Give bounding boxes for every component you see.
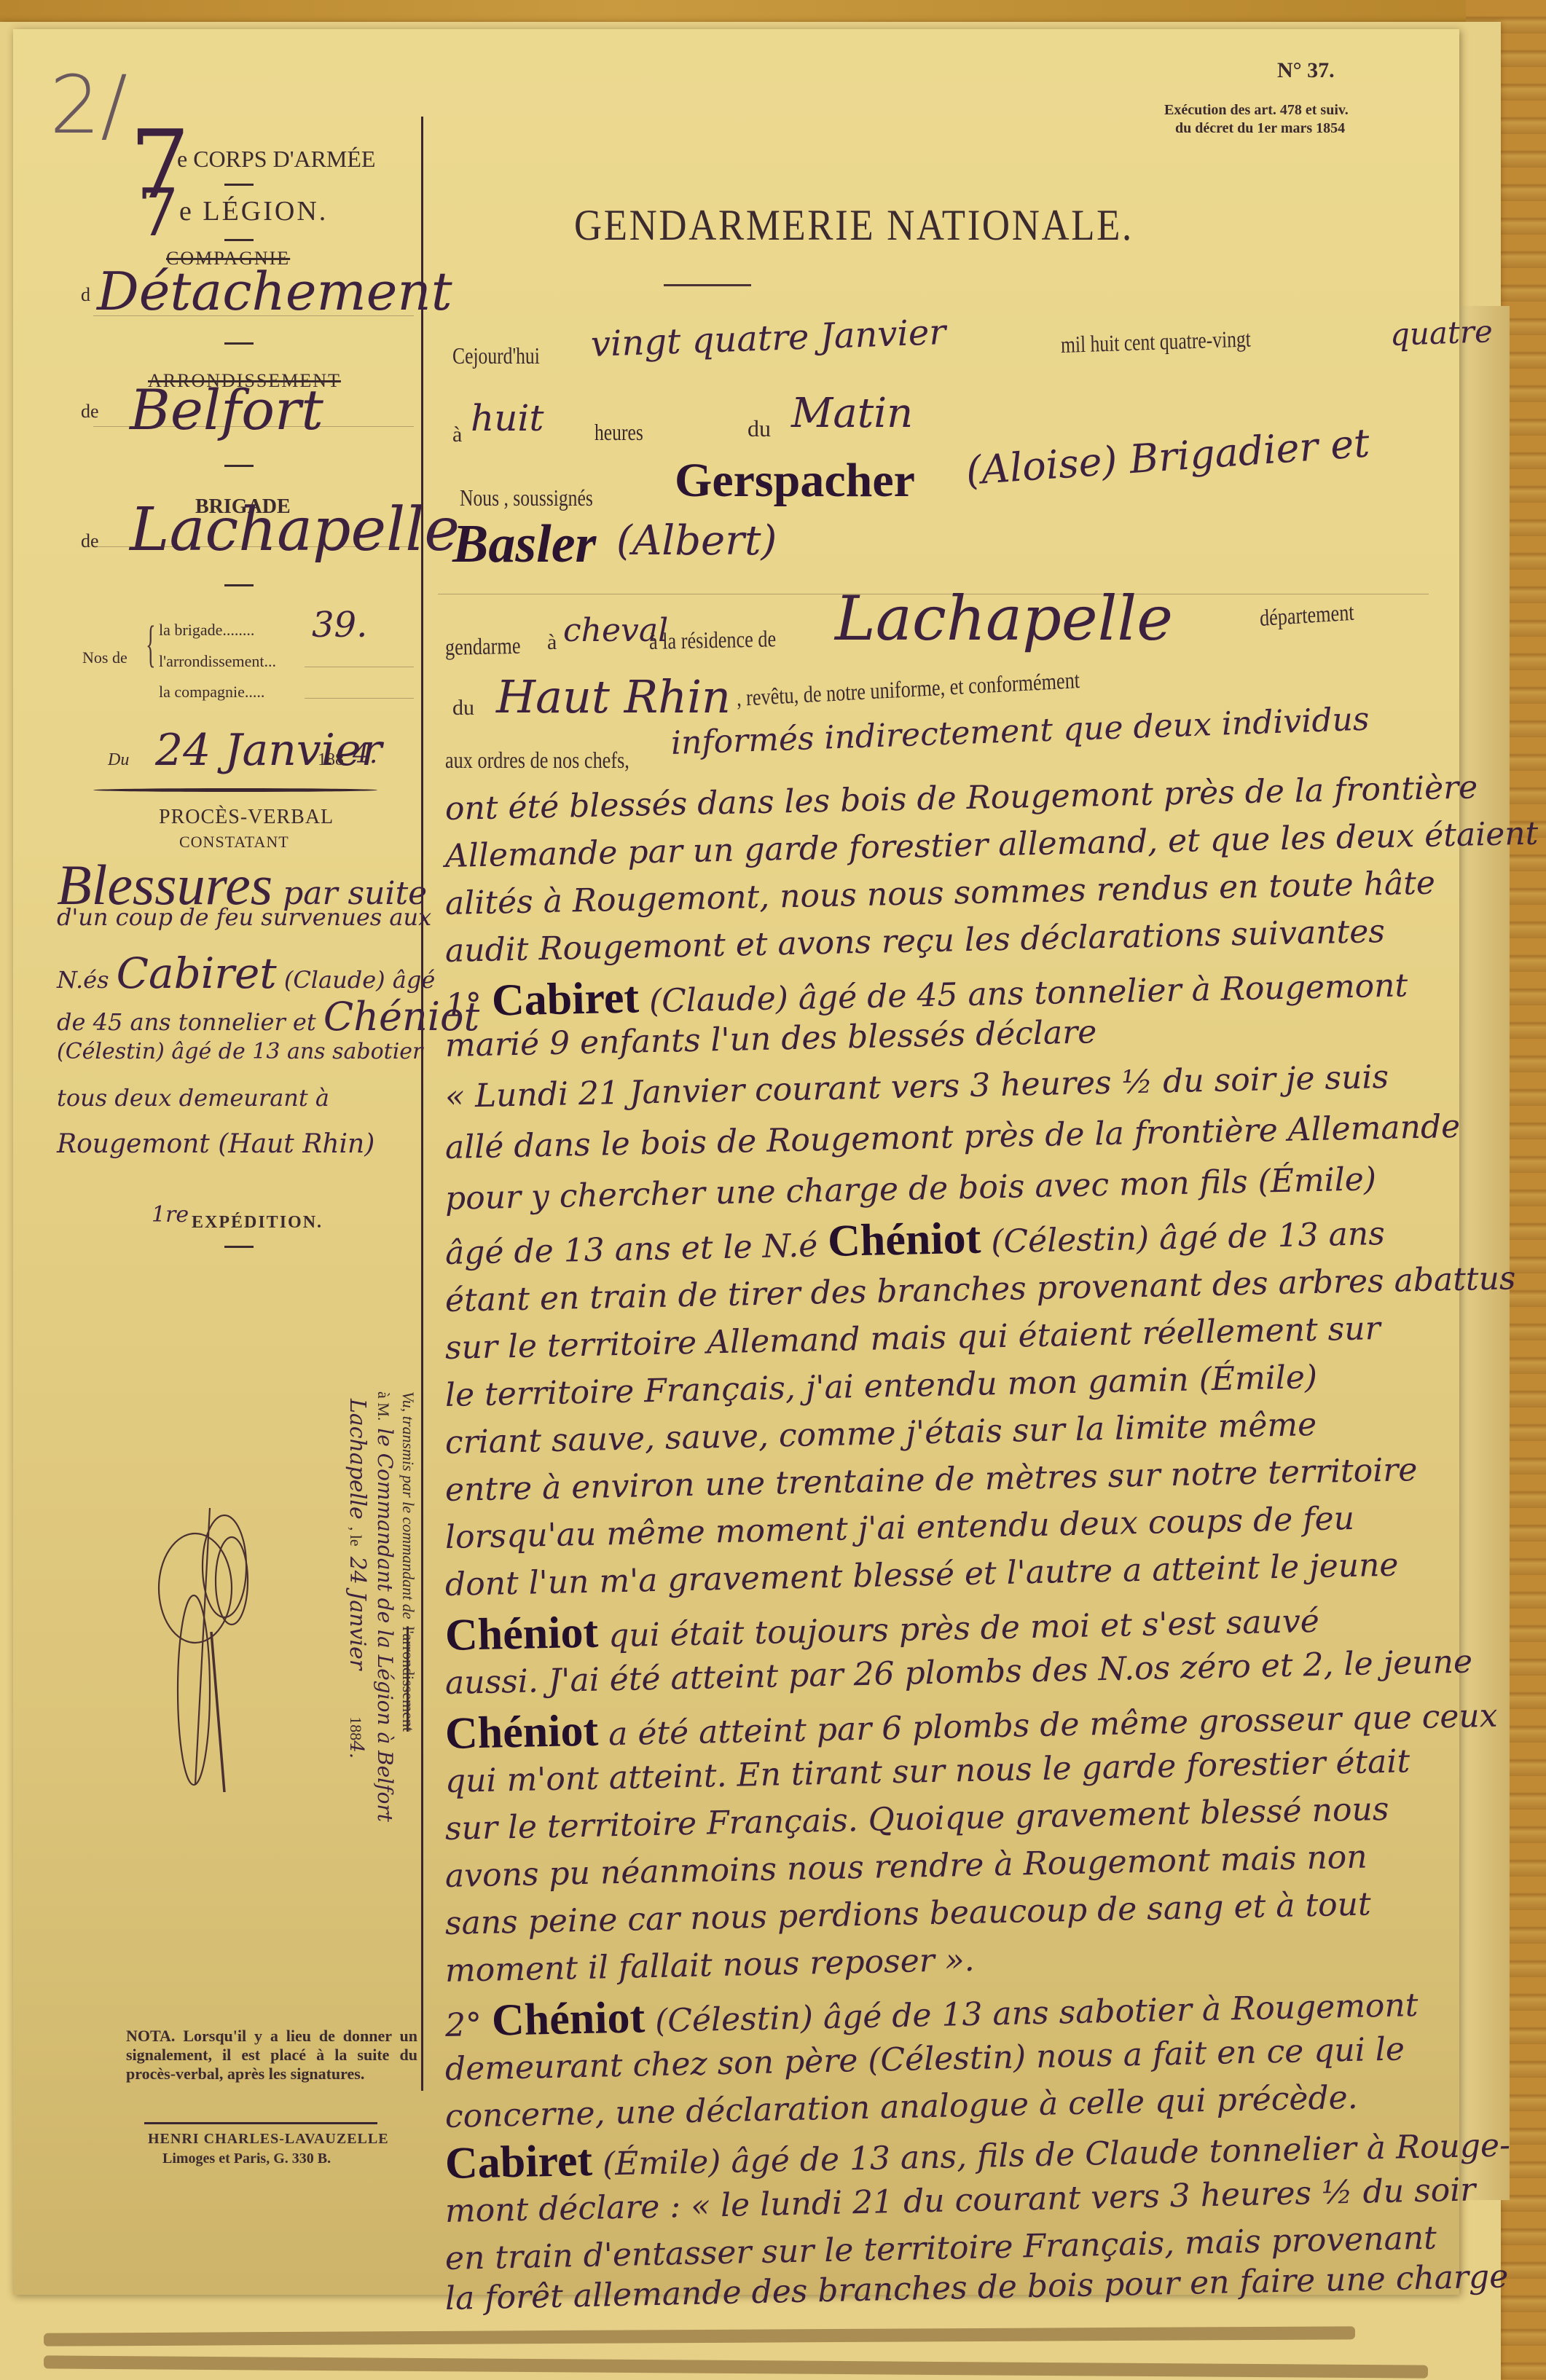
narrative-line: sur le territoire Français. Quoique grav… (444, 1791, 1389, 1847)
arrondissement-value: Belfort (130, 377, 323, 442)
cejourdhui-label: Cejourd'hui (452, 342, 540, 369)
date-prefix: Du (108, 750, 129, 770)
line-text: criant sauve, sauve, comme j'étais sur l… (444, 1406, 1317, 1461)
orders-clause: aux ordres de nos chefs, (445, 747, 629, 774)
printer-line-1: HENRI CHARLES-LAVAUZELLE (148, 2131, 389, 2148)
expedition-number: 1re (152, 1202, 189, 1228)
transmission-date: 24 Janvier (345, 1557, 370, 1670)
report-body: Cejourd'hui vingt quatre Janvier mil hui… (423, 29, 1443, 2287)
signature-text: Brunner (159, 1668, 162, 1669)
subject-name: Cabiret (117, 949, 277, 998)
transmission-year: 188 (347, 1716, 365, 1740)
brigade-prefix: de (81, 530, 99, 552)
separator (224, 465, 254, 467)
pv-title: PROCÈS-VERBAL (159, 806, 334, 829)
line-text: 2° (445, 2006, 493, 2044)
time-hour: huit (471, 397, 544, 439)
transmission-note: à M. le Commandant de la Légion à Belfor… (373, 1391, 397, 1822)
line-text: lorsqu'au même moment j'ai entendu deux … (444, 1500, 1354, 1556)
pv-subject: Blessures par suite d'un coup de feu sur… (57, 852, 421, 1174)
year-words-printed: mil huit cent quatre-vingt (1061, 325, 1252, 358)
transmission-year-hand: 4. (345, 1740, 367, 1759)
narrative-line: moment il fallait nous reposer ». (444, 1941, 975, 1990)
transmission-place: Lachapelle (345, 1399, 370, 1520)
transmission-line-1: Vu, transmis par le commandant de (399, 1391, 417, 1619)
commander-signature (152, 1501, 261, 1807)
transmission-prefix: à M. (374, 1391, 393, 1421)
departement-value: Haut Rhin (496, 670, 731, 723)
narrative-line: avons pu néanmoins nous rendre à Rougemo… (444, 1838, 1368, 1894)
subject-text: N.és (57, 966, 117, 994)
person-name: Chéniot (491, 1992, 646, 2045)
residence-value: Lachapelle (835, 583, 1173, 654)
line-text: (Célestin) âgé de 13 ans sabotier à Roug… (645, 1987, 1419, 2040)
transmission-recipient: le Commandant de la Légion à Belfort (373, 1428, 397, 1822)
person-name: Chéniot (444, 1608, 599, 1660)
person-name: Chéniot (444, 1706, 599, 1759)
compagnie-value: Détachement (97, 261, 452, 322)
line-text: moment il fallait nous reposer ». (444, 1941, 975, 1990)
line-text: sur le territoire Français. Quoique grav… (444, 1791, 1389, 1847)
line-text: allé dans le bois de Rougemont près de l… (444, 1108, 1460, 1166)
gendarme-label: gendarme (445, 632, 521, 661)
narrative-line: alités à Rougemont, nous nous sommes ren… (444, 865, 1435, 922)
fill-line (93, 315, 414, 316)
nous-label: Nous , soussignés (460, 484, 593, 511)
du-label: du (748, 415, 771, 442)
line-text: 1° (445, 986, 493, 1024)
officer-1-surname: Gerspacher (675, 453, 915, 508)
bracket: { (146, 616, 155, 674)
du-dept-label: du (452, 696, 474, 720)
time-a-label: à (452, 423, 462, 447)
narrative-line: sur le territoire Allemand mais qui étai… (444, 1310, 1381, 1367)
corps-label: e CORPS D'ARMÉE (177, 146, 375, 173)
person-name: Cabiret (491, 973, 639, 1025)
line-text: le territoire Français, j'ai entendu mon… (444, 1359, 1317, 1414)
date-value: 24 Janvier (155, 725, 382, 776)
date-year-hand: 4. (353, 739, 377, 769)
fill-line (93, 426, 414, 427)
separator (224, 239, 254, 241)
brigade-value: Lachapelle (130, 495, 460, 565)
expedition-label: EXPÉDITION. (192, 1213, 323, 1233)
narrative-line: le territoire Français, j'ai entendu mon… (444, 1359, 1317, 1414)
line-text: « Lundi 21 Janvier courant vers 3 heures… (444, 1059, 1389, 1115)
line-text: avons pu néanmoins nous rendre à Rougemo… (444, 1838, 1368, 1894)
separator (224, 342, 254, 345)
officer-2-firstname: (Albert) (616, 517, 777, 565)
flourish-rule (93, 788, 377, 792)
separator (224, 584, 254, 586)
line-text: (Claude) âgé de 45 ans tonnelier à Rouge… (639, 967, 1408, 1020)
transmission-note: Vu, transmis par le commandant de l'arro… (399, 1391, 417, 1732)
legion-label: e LÉGION. (179, 195, 328, 227)
subject-text: d'un coup de feu survenues aux (57, 903, 421, 949)
orders-continuation: informés indirectement que deux individu… (670, 701, 1370, 762)
officer-2-surname: Basler (452, 514, 596, 576)
person-name: Chéniot (827, 1214, 981, 1266)
transmission-le: , le (347, 1527, 365, 1547)
fill-line (93, 546, 414, 547)
time-period: Matin (791, 390, 913, 437)
separator (224, 1246, 254, 1248)
separator (224, 184, 254, 186)
narrative-line: allé dans le bois de Rougemont près de l… (444, 1108, 1460, 1166)
narrative-line: entre à environ une trentaine de mètres … (444, 1451, 1417, 1509)
line-text: entre à environ une trentaine de mètres … (444, 1451, 1417, 1509)
compagnie-number-label: la compagnie..... (159, 683, 264, 702)
heures-label: heures (595, 419, 643, 446)
nota-text: NOTA. Lorsqu'il y a lieu de donner un si… (126, 2027, 417, 2084)
fill-line (305, 698, 414, 699)
subject-text: (Claude) âgé (277, 966, 436, 994)
line-text: âgé de 13 ans et le N.é (445, 1227, 828, 1272)
left-column: 7 e CORPS D'ARMÉE 7 e LÉGION. COMPAGNIE … (13, 29, 421, 2287)
narrative-line: « Lundi 21 Janvier courant vers 3 heures… (444, 1059, 1389, 1115)
line-text: qui était toujours près de moi et s'est … (598, 1603, 1320, 1655)
person-name: Cabiret (444, 2136, 592, 2188)
departement-label: département (1259, 599, 1354, 632)
narrative-line: sans peine car nous perdions beaucoup de… (444, 1885, 1371, 1942)
line-text: alités à Rougemont, nous nous sommes ren… (444, 865, 1435, 922)
subject-text: tous deux demeurant à (57, 1084, 421, 1129)
arrondissement-prefix: de (81, 401, 99, 423)
date-year-printed: 188 (318, 750, 344, 770)
transmission-struck: l'arrondissement (399, 1626, 417, 1731)
subject-text: (Célestin) âgé de 13 ans sabotier (57, 1039, 421, 1084)
subject-text: de 45 ans tonnelier et (57, 1008, 323, 1036)
pv-subtitle: CONSTATANT (179, 833, 289, 852)
narrative-line: criant sauve, sauve, comme j'étais sur l… (444, 1406, 1317, 1461)
line-text: sans peine car nous perdions beaucoup de… (444, 1885, 1371, 1942)
narrative-line: lorsqu'au même moment j'ai entendu deux … (444, 1500, 1354, 1556)
line-text: (Célestin) âgé de 13 ans (981, 1215, 1385, 1261)
fill-line (305, 667, 414, 667)
date-words: vingt quatre Janvier (590, 312, 946, 365)
line-text: sur le territoire Allemand mais qui étai… (444, 1310, 1381, 1367)
officer-1-details: (Aloise) Brigadier et (965, 420, 1371, 494)
numbers-prefix: Nos de (82, 648, 127, 667)
uniform-clause: , revêtu, de notre uniforme, et conformé… (736, 667, 1080, 712)
transmission-note: Lachapelle , le 24 Janvier 1884. (345, 1399, 370, 1759)
a-label: à (547, 630, 557, 655)
printer-rule (144, 2122, 377, 2124)
subject-text: Rougemont (Haut Rhin) (57, 1129, 421, 1174)
brigade-number-label: la brigade........ (159, 621, 254, 640)
compagnie-prefix: d (81, 284, 90, 306)
year-words-hand: quatre (1389, 313, 1493, 353)
document-page: 2/ N° 37. Exécution des art. 478 et suiv… (13, 29, 1459, 2295)
arrondissement-number-label: l'arrondissement... (159, 652, 276, 671)
residence-label: à la résidence de (649, 625, 777, 655)
legion-number: 7 (137, 175, 178, 251)
printer-line-2: Limoges et Paris, G. 330 B. (162, 2151, 331, 2167)
brigade-number-value: 39. (312, 605, 367, 645)
